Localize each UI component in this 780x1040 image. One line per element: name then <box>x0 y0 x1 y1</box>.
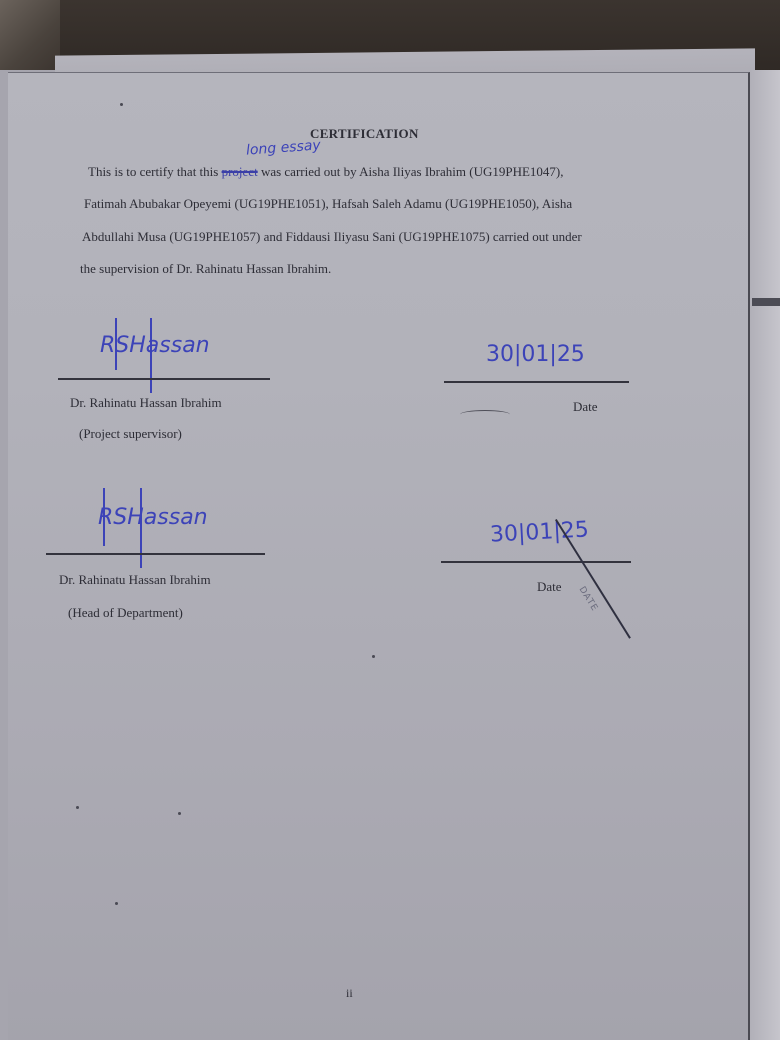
date-label: Date <box>537 579 562 595</box>
dust-speck <box>76 806 79 809</box>
signature-line <box>58 378 270 380</box>
line1-end: was carried out by Aisha Iliyas Ibrahim … <box>258 164 564 179</box>
date-line <box>444 381 629 383</box>
certification-page <box>8 72 750 1040</box>
dust-speck <box>178 812 181 815</box>
binding-tab <box>752 298 780 306</box>
hod-name: Dr. Rahinatu Hassan Ibrahim <box>59 572 211 588</box>
dust-speck <box>372 655 375 658</box>
page-title: CERTIFICATION <box>310 126 419 142</box>
pen-mark <box>460 410 510 419</box>
dust-speck <box>120 103 123 106</box>
struck-word: project <box>222 164 258 179</box>
supervisor-date-handwritten: 30|01|25 <box>486 342 585 367</box>
supervisor-signature: RSHassan <box>100 333 210 358</box>
paragraph-line-3: Abdullahi Musa (UG19PHE1057) and Fiddaus… <box>82 229 582 245</box>
dust-speck <box>115 902 118 905</box>
paragraph-line-1: This is to certify that this project was… <box>88 164 564 180</box>
page-number: ii <box>346 986 353 1001</box>
signature-line <box>46 553 265 555</box>
supervisor-role: (Project supervisor) <box>79 426 182 442</box>
paragraph-line-2: Fatimah Abubakar Opeyemi (UG19PHE1051), … <box>84 196 572 212</box>
paragraph-line-4: the supervision of Dr. Rahinatu Hassan I… <box>80 261 331 277</box>
page-edge-strip <box>750 70 780 1040</box>
supervisor-name: Dr. Rahinatu Hassan Ibrahim <box>70 395 222 411</box>
cloth-corner <box>0 0 60 70</box>
hod-signature: RSHassan <box>98 505 208 530</box>
date-label: Date <box>573 399 598 415</box>
hod-date-handwritten: 30|01|25 <box>489 517 589 547</box>
date-line <box>441 561 631 563</box>
hod-role: (Head of Department) <box>68 605 183 621</box>
line1-start: This is to certify that this <box>88 164 222 179</box>
